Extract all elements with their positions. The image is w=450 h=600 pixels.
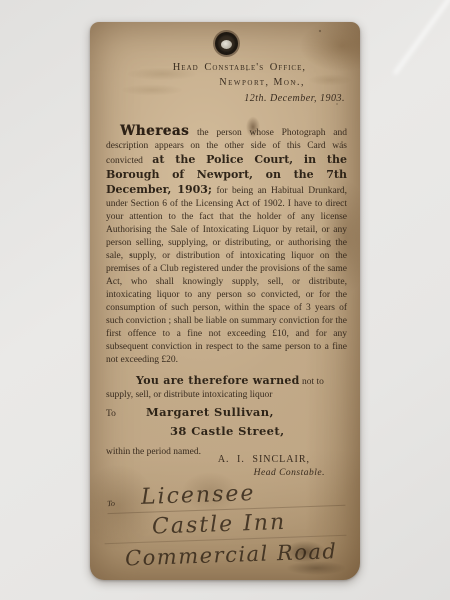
handwritten-road: Commercial Road	[125, 539, 338, 570]
handwritten-to-label: To	[107, 498, 141, 511]
whereas-word: Whereas	[120, 123, 189, 139]
handwritten-inn-row: Castle Inn	[104, 508, 347, 544]
eyelet-center	[221, 40, 232, 49]
body-segment-2: for being an Habitual Drunkard, under Se…	[106, 186, 347, 365]
notice-body: Whereas the person whose Photograph and …	[106, 125, 347, 367]
handwritten-licensee: Licensee	[141, 481, 256, 510]
eyelet-hole	[215, 32, 238, 55]
warning-card: Head Constable's Office, Newport, Mon., …	[90, 22, 360, 580]
addressee-to-line: ToMargaret Sullivan,	[106, 405, 347, 419]
signature-name: A. I. SINCLAIR,	[90, 454, 310, 465]
to-label: To	[106, 409, 146, 419]
warning-bold: You are therefore warned	[136, 374, 300, 387]
date-line: 12th. December, 1903.	[90, 93, 345, 104]
town-line: Newport, Mon.,	[90, 77, 305, 88]
office-line: Head Constable's Office,	[90, 62, 306, 73]
signature-title: Head Constable.	[90, 468, 325, 478]
signature-block: A. I. SINCLAIR, Head Constable.	[90, 454, 360, 478]
card-header: Head Constable's Office, Newport, Mon., …	[90, 62, 360, 104]
addressee-street: 38 Castle Street,	[170, 424, 347, 438]
warning-sentence: You are therefore warned not to supply, …	[106, 374, 347, 402]
handwritten-block: ToLicensee Castle Inn Commercial Road	[103, 478, 348, 571]
addressee-name: Margaret Sullivan,	[146, 405, 274, 419]
light-streak	[393, 0, 450, 75]
handwritten-inn: Castle Inn	[152, 510, 287, 540]
handwritten-road-row: Commercial Road	[105, 539, 348, 571]
photo-background: Head Constable's Office, Newport, Mon., …	[0, 0, 450, 600]
addressee-block: ToMargaret Sullivan, 38 Castle Street, w…	[106, 405, 347, 457]
